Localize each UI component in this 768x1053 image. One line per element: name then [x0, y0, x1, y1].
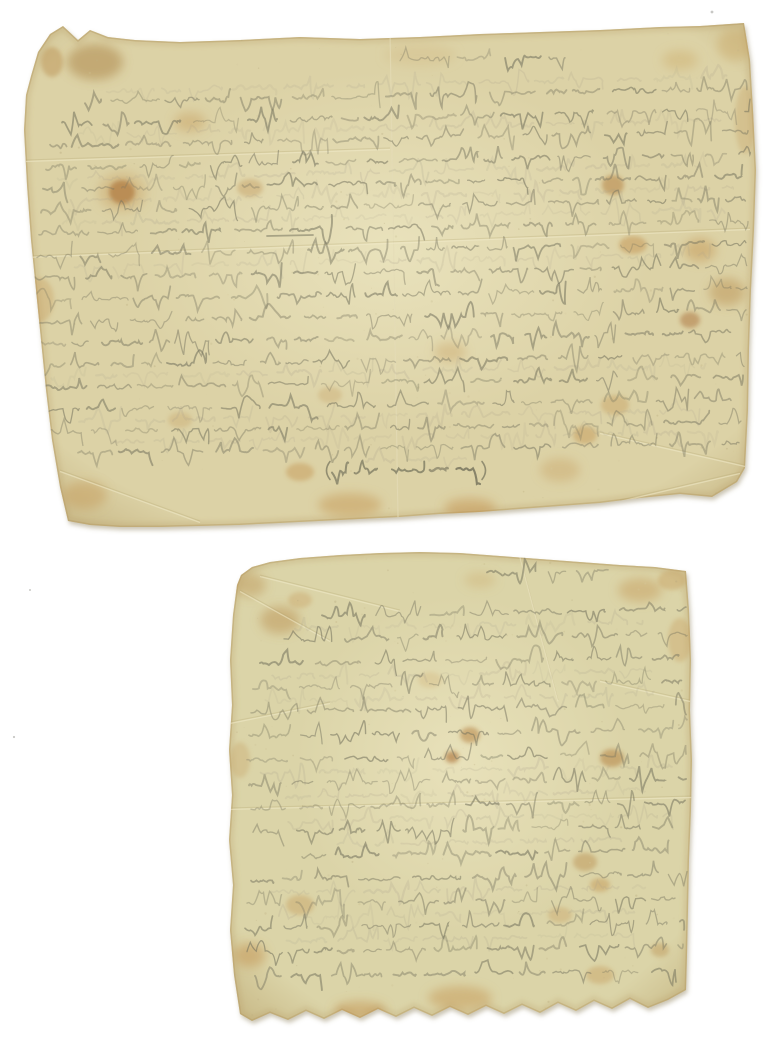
letter-bottom-artwork	[222, 550, 696, 1028]
letter-top	[20, 18, 756, 532]
letter-bottom	[222, 550, 696, 1028]
letter-top-artwork	[20, 18, 756, 532]
scan-page	[0, 0, 768, 1053]
